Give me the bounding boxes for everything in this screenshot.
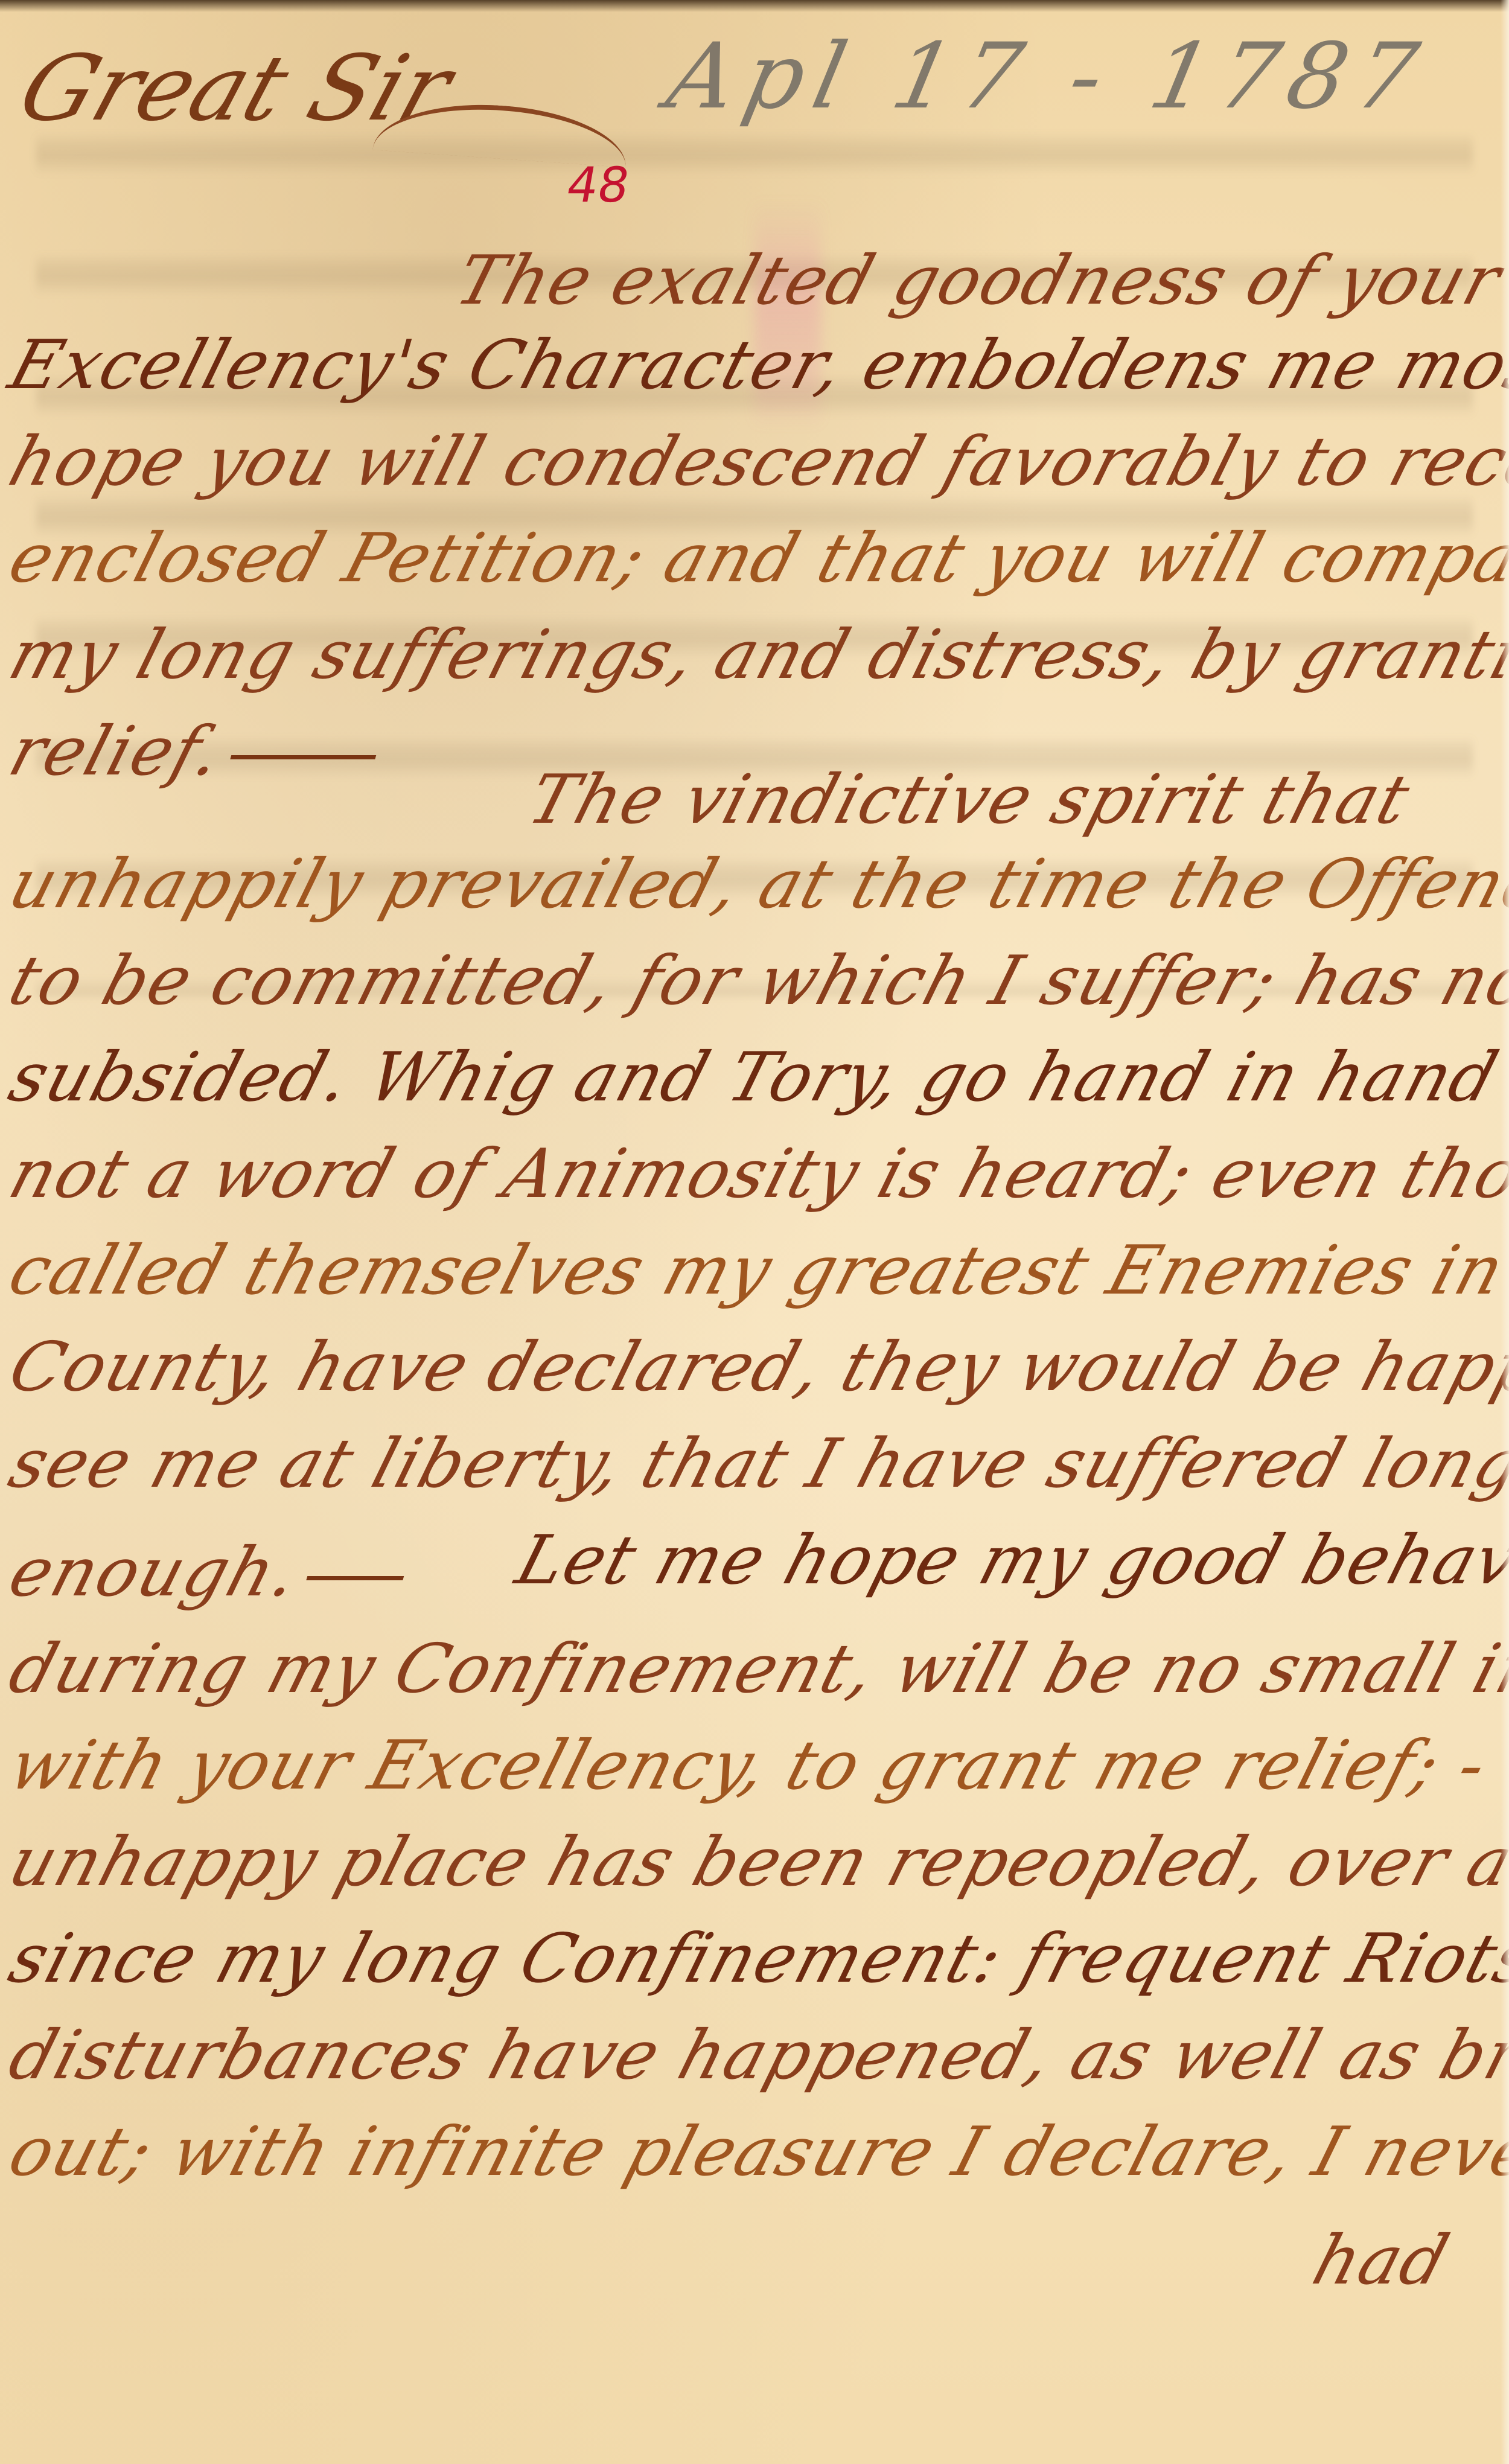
letter-line: unhappy place has been repeopled, over a… — [1, 1823, 1509, 1901]
letter-line: unhappily prevailed, at the time the Off… — [1, 845, 1509, 924]
letter-line: out; with infinite pleasure I declare, I… — [1, 2113, 1509, 2191]
catchword: had — [1304, 2221, 1458, 2300]
letter-line: since my long Confinement: frequent Riot… — [1, 1920, 1509, 1998]
letter-line: called themselves my greatest Enemies in… — [1, 1231, 1509, 1310]
letter-line: Let me hope my good behaviour, — [508, 1521, 1509, 1600]
letter-line: The exalted goodness of your — [447, 241, 1509, 320]
letter-line: see me at liberty, that I have suffered … — [1, 1425, 1509, 1503]
letter-line-with-dash: relief. — [1, 712, 400, 791]
letter-line: my long sufferings, and distress, by gra… — [1, 616, 1509, 694]
letter-line: disturbances have happened, as well as b… — [1, 2016, 1509, 2095]
letter-line: County, have declared, they would be hap… — [1, 1328, 1509, 1406]
letter-line: during my Confinement, will be no small … — [1, 1630, 1509, 1708]
letter-line: Excellency's Character, emboldens me mos… — [1, 326, 1509, 404]
letter-line-text: enough. — [1, 1533, 308, 1612]
letter-line: subsided. Whig and Tory, go hand in hand… — [1, 1038, 1509, 1117]
letter-line-text: relief. — [1, 712, 231, 791]
letter-body: The exalted goodness of your Excellency'… — [0, 0, 1509, 2464]
letter-line: to be committed, for which I suffer; has… — [1, 942, 1509, 1020]
letter-line: with your Excellency, to grant me relief… — [1, 1726, 1509, 1805]
letter-line-with-dash: enough. — [1, 1533, 429, 1612]
letter-page: Apl 17 - 1787 48 Great Sir The exalted g… — [0, 0, 1509, 2464]
letter-line: not a word of Animosity is heard; even t… — [1, 1135, 1509, 1213]
dash-flourish — [307, 1576, 404, 1580]
letter-line: The vindictive spirit that — [520, 761, 1418, 839]
letter-line: hope you will condescend favorably to re… — [1, 423, 1509, 501]
dash-flourish — [230, 755, 376, 759]
letter-line: enclosed Petition; and that you will com… — [1, 519, 1509, 598]
